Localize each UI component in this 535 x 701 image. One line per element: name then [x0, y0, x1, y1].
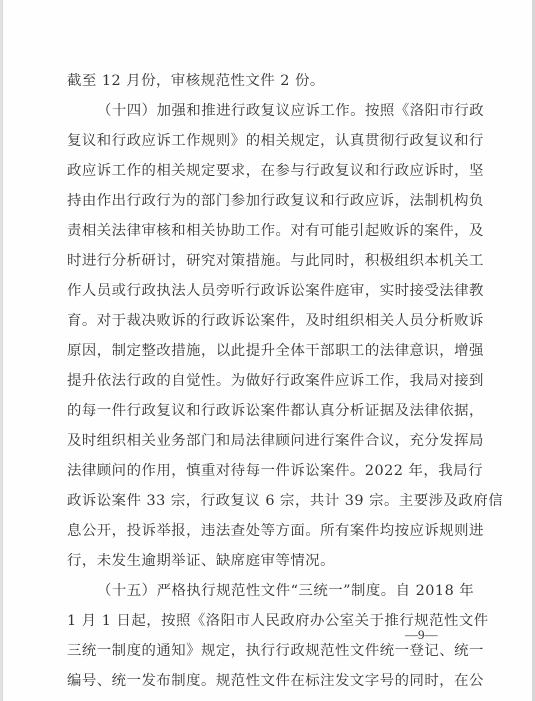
- text-line: 作人员或行政执法人员旁听行政诉讼案件庭审，实时接受法律教: [67, 276, 471, 306]
- text-line: 法律顾问的作用，慎重对待每一件诉讼案件。2022 年，我局行: [67, 456, 471, 486]
- text-line: 育。对于裁决败诉的行政诉讼案件，及时组织相关人员分析败诉: [67, 306, 471, 336]
- text-line: 复议和行政应诉工作规则》的相关规定，认真贯彻行政复议和行: [67, 126, 471, 156]
- text-line: 责相关法律审核和相关协助工作。对有可能引起败诉的案件，及: [67, 216, 471, 246]
- text-line: 时进行分析研讨，研究对策措施。与此同时，积极组织本机关工: [67, 246, 471, 276]
- text-line: 持由作出行政行为的部门参加行政复议和行政应诉，法制机构负: [67, 186, 471, 216]
- text-line: 行，未发生逾期举证、缺席庭审等情况。: [67, 546, 471, 576]
- text-line: 息公开，投诉举报，违法查处等方面。所有案件均按应诉规则进: [67, 516, 471, 546]
- text-line: 原因，制定整改措施，以此提升全体干部职工的法律意识，增强: [67, 336, 471, 366]
- section-14-heading-line: （十四）加强和推进行政复议应诉工作。按照《洛阳市行政: [67, 96, 471, 126]
- text-line: 的每一件行政复议和行政诉讼案件都认真分析证据及法律依据，: [67, 396, 471, 426]
- text-line: 提升依法行政的自觉性。为做好行政案件应诉工作，我局对接到: [67, 366, 471, 396]
- text-line: 截至 12 月份，审核规范性文件 2 份。: [67, 66, 471, 96]
- text-line: 编号、统一发布制度。规范性文件在标注发文字号的同时，在公: [67, 666, 471, 696]
- document-body: 截至 12 月份，审核规范性文件 2 份。 （十四）加强和推进行政复议应诉工作。…: [67, 66, 471, 696]
- text-line: 政诉讼案件 33 宗，行政复议 6 宗，共计 39 宗。主要涉及政府信: [67, 486, 471, 516]
- text-line: 政应诉工作的相关规定要求，在参与行政复议和行政应诉时，坚: [67, 156, 471, 186]
- text-line: 及时组织相关业务部门和局法律顾问进行案件合议，充分发挥局: [67, 426, 471, 456]
- page-number: —9—: [405, 627, 438, 643]
- section-15-heading-line: （十五）严格执行规范性文件“三统一”制度。自 2018 年: [67, 576, 471, 606]
